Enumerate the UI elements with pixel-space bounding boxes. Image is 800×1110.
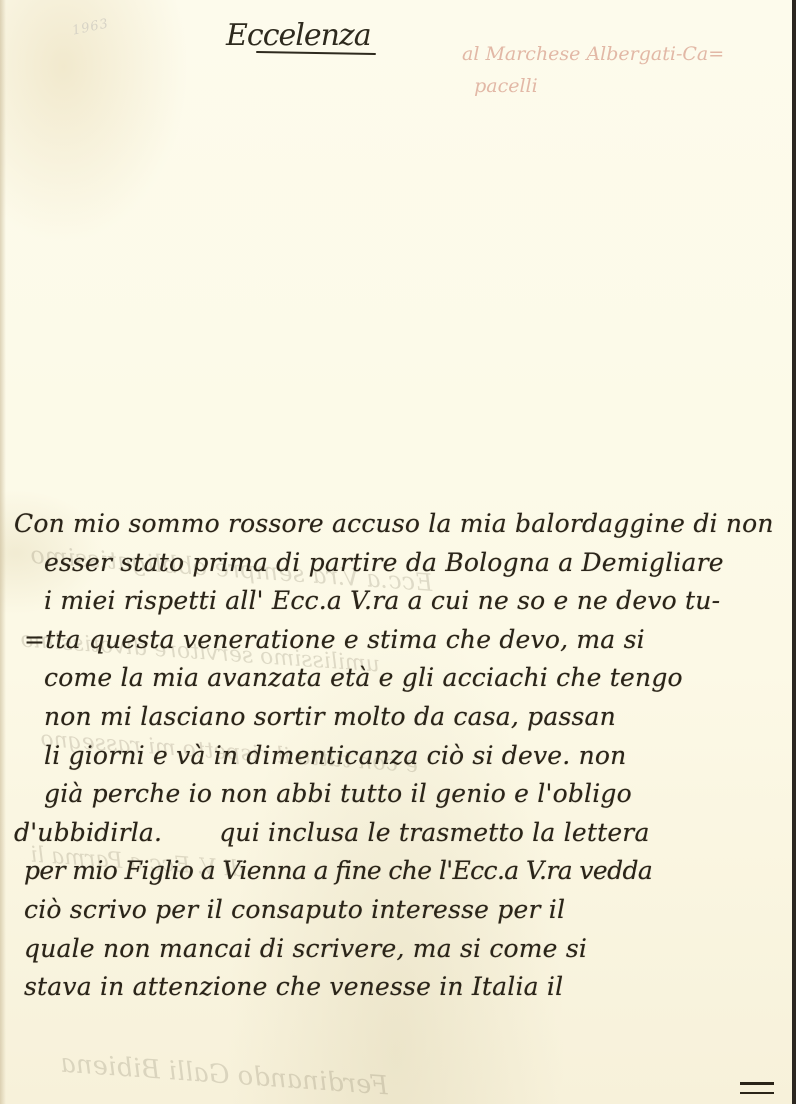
letter-line: stava in attenzione che venesse in Itali…: [14, 968, 790, 1007]
letter-line: d'ubbidirla. qui inclusa le trasmetto la…: [14, 814, 790, 853]
letter-line: =tta questa veneratione e stima che devo…: [14, 621, 790, 660]
letter-line: i miei rispetti all' Ecc.a V.ra a cui ne…: [14, 582, 790, 621]
letter-line: non mi lasciano sortir molto da casa, pa…: [14, 698, 790, 737]
paper-edge-shadow: [0, 0, 6, 1106]
letter-line: li giorni e và in dimenticanza ciò si de…: [14, 737, 790, 776]
letter-body: Con mio sommo rossore accuso la mia balo…: [14, 505, 790, 1007]
salutation-heading: Eccelenza: [226, 18, 371, 53]
bleed-through-signature: Ferdinando Galli Bibiena: [59, 1049, 389, 1102]
letter-line: quale non mancai di scrivere, ma si come…: [14, 930, 790, 969]
letter-page: 1963 Eccelenza al Marchese Albergati-Ca=…: [0, 0, 796, 1106]
recipient-annotation: al Marchese Albergati-Ca= pacelli: [462, 38, 724, 102]
letter-line: come la mia avanzata età e gli acciachi …: [14, 659, 790, 698]
letter-line: per mio Figlio a Vienna a fine che l'Ecc…: [14, 852, 790, 891]
archival-number: 1963: [71, 16, 110, 38]
letter-line: già perche io non abbi tutto il genio e …: [14, 775, 790, 814]
letter-line: esser stato prima di partire da Bologna …: [14, 544, 790, 583]
catchword-mark: [740, 1082, 774, 1094]
page-bottom-margin: [0, 1104, 800, 1110]
letter-line: Con mio sommo rossore accuso la mia balo…: [14, 505, 790, 544]
letter-line: ciò scrivo per il consaputo interesse pe…: [14, 891, 790, 930]
